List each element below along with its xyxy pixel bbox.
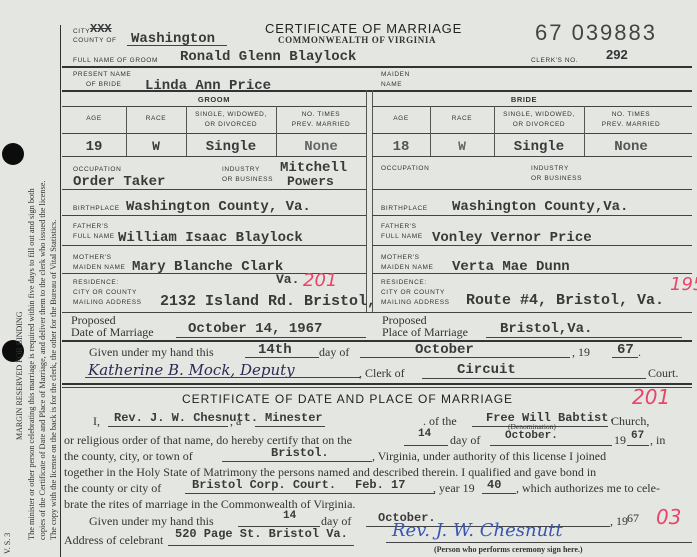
bride-birthplace: Washington County,Va. <box>452 199 628 215</box>
marriage-year-prefix: 19 <box>614 433 626 448</box>
court-label: Court. <box>648 366 678 381</box>
celebrate-text: , which authorizes me to cele- <box>516 481 660 496</box>
certificate-title: Certificate of Marriage <box>265 21 462 36</box>
bride-name-label-1: Present Name <box>73 70 131 79</box>
officiant-title: Minester <box>265 411 323 425</box>
of-the-label: . of the <box>423 414 457 429</box>
town-text: the county, city, or town of <box>64 449 193 464</box>
i-label: I, <box>93 414 100 429</box>
maiden-name-label-1: Maiden <box>381 70 410 79</box>
groom-industry-line-2: Powers <box>287 174 334 189</box>
bride-residence-label-1: Residence: <box>381 278 427 287</box>
margin-instruction-3: The copy with the license on the back is… <box>49 220 58 540</box>
groom-occupation-label: Occupation <box>73 165 121 174</box>
celebrant-day: 14 <box>283 510 296 522</box>
bride-status-header-2: or Divorced <box>494 120 584 129</box>
groom-heading: GROOM <box>62 95 366 104</box>
marriage-town: Bristol. <box>271 446 329 460</box>
celebrant-year-prefix: , 19 <box>610 514 628 529</box>
proposed-date-label-2: Date of Marriage <box>71 325 154 340</box>
bride-status-header-1: Single, Widowed, <box>494 110 584 119</box>
groom-status-header-2: or Divorced <box>186 120 276 129</box>
proposed-date: October 14, 1967 <box>188 321 322 337</box>
bride-father-label-1: Father's <box>381 222 417 231</box>
clerk-of-label: , Clerk of <box>359 366 405 381</box>
bride-race-header: Race <box>430 114 494 123</box>
bride-race: W <box>430 139 494 154</box>
groom-times-header-1: No. Times <box>276 110 366 119</box>
form-code: V. S. 3 <box>3 533 12 554</box>
proposed-place-label-2: Place of Marriage <box>382 325 468 340</box>
authority-text: , Virginia, under authority of this lice… <box>372 449 606 464</box>
license-year: 67 <box>617 342 634 358</box>
certificate-heading: CERTIFICATE OF DATE AND PLACE OF MARRIAG… <box>182 392 513 406</box>
bride-father-label-2: Full Name <box>381 232 423 241</box>
bond-court: Bristol Corp. Court. <box>192 478 336 492</box>
celebrant-address-label: Address of celebrant <box>64 533 163 548</box>
groom-residence-label-2: City or County <box>73 288 137 297</box>
clerks-no-label: Clerk's No. <box>531 56 578 65</box>
certificate-subtitle: COMMONWEALTH OF VIRGINIA <box>278 35 436 45</box>
marriage-year: 67 <box>631 430 644 442</box>
groom-father-label-2: Full Name <box>73 232 115 241</box>
bride-birthplace-label: Birthplace <box>381 204 428 213</box>
bride-residence-label-2: City or County <box>381 288 445 297</box>
city-value: XXX <box>90 22 112 36</box>
groom-race-header: Race <box>126 114 186 123</box>
groom-father-label-1: Father's <box>73 222 109 231</box>
groom-residence-state: Va. <box>276 272 299 287</box>
given-under-hand-label: Given under my hand this <box>89 345 214 360</box>
a-label: , a <box>230 414 241 429</box>
margin-instruction-2: copies of the Certificate of Date and Pl… <box>38 180 47 540</box>
bride-times-header-1: No. Times <box>584 110 678 119</box>
marriage-day: 14 <box>418 428 431 440</box>
margin-border <box>60 25 61 557</box>
groom-industry-label-1: Industry <box>222 165 260 174</box>
bride-age-header: Age <box>372 114 430 123</box>
groom-residence-label-3: Mailing Address <box>73 298 142 307</box>
certificate-code: 201 <box>632 385 670 409</box>
license-month: October <box>415 342 474 358</box>
groom-name-label: Full Name of Groom <box>73 56 158 65</box>
bride-occupation-label: Occupation <box>381 164 429 173</box>
margin-instruction-1: The minister or other person celebrating… <box>27 188 36 540</box>
marriage-day-of-label: day of <box>450 433 480 448</box>
marriage-month: October. <box>505 430 558 442</box>
court-name: Circuit <box>457 362 516 378</box>
license-day: 14th <box>258 342 292 358</box>
proposed-place: Bristol,Va. <box>500 321 592 337</box>
maiden-name-label-2: Name <box>381 80 402 89</box>
certificate-number: 67 039883 <box>535 20 657 46</box>
binding-hole-top <box>2 143 24 165</box>
groom-father-name: William Isaac Blaylock <box>118 230 303 246</box>
groom-residence-code: 201 <box>303 270 337 291</box>
bride-mother-label-2: Maiden Name <box>381 263 433 272</box>
celebrant-year: 67 <box>627 511 639 526</box>
bond-year: 40 <box>487 478 501 492</box>
license-year-suffix: . <box>638 345 641 360</box>
bride-industry-label-2: or Business <box>531 174 582 183</box>
bride-residence-label-3: Mailing Address <box>381 298 450 307</box>
bride-times-header-2: Prev. Married <box>584 120 678 129</box>
license-day-of-label: day of <box>319 345 349 360</box>
groom-marital-status: Single <box>186 139 276 155</box>
groom-race: W <box>126 139 186 154</box>
groom-times-married: None <box>276 139 366 155</box>
city-label: City <box>73 27 90 36</box>
celebrant-signature: Rev. J. W. Chesnutt <box>392 520 563 541</box>
bond-court-text: the county or city of <box>64 481 161 496</box>
bride-father-name: Vonley Vernor Price <box>432 230 592 246</box>
groom-residence-label-1: Residence: <box>73 278 119 287</box>
church-label: Church, <box>611 414 649 429</box>
groom-mother-label-1: Mother's <box>73 253 112 262</box>
bond-date: Feb. 17 <box>355 478 405 492</box>
groom-birthplace: Washington County, Va. <box>126 199 311 215</box>
bride-age: 18 <box>372 139 430 155</box>
clerks-no-value: 292 <box>606 47 628 62</box>
celebrant-address: 520 Page St. Bristol Va. <box>175 527 348 541</box>
groom-status-header-1: Single, Widowed, <box>186 110 276 119</box>
groom-mother-label-2: Maiden Name <box>73 263 125 272</box>
county-label: County of <box>73 36 117 45</box>
groom-occupation: Order Taker <box>73 174 165 190</box>
bride-residence: Route #4, Bristol, Va. <box>466 292 664 309</box>
groom-times-header-2: Prev. Married <box>276 120 366 129</box>
celebrant-code: 03 <box>656 505 681 529</box>
in-label: , in <box>650 433 665 448</box>
groom-residence: 2132 Island Rd. Bristol, <box>160 293 376 310</box>
groom-age: 19 <box>62 139 126 155</box>
bride-industry-label-1: Industry <box>531 164 569 173</box>
bond-year-label: , year 19 <box>433 481 475 496</box>
groom-age-header: Age <box>62 114 126 123</box>
bride-residence-code: 195 <box>670 274 697 295</box>
groom-birthplace-label: Birthplace <box>73 204 120 213</box>
bride-marital-status: Single <box>494 139 584 155</box>
groom-full-name: Ronald Glenn Blaylock <box>180 49 356 65</box>
margin-reserved-label: MARGIN RESERVED FOR BINDING <box>15 312 24 440</box>
license-year-prefix: , 19 <box>572 345 590 360</box>
bride-mother-label-1: Mother's <box>381 253 420 262</box>
rites-text: brate the rites of marriage in the Commo… <box>64 497 355 512</box>
groom-industry-label-2: or Business <box>222 175 273 184</box>
bride-name-label-2: of Bride <box>86 80 122 89</box>
sign-here-note: (Person who performs ceremony sign here.… <box>434 545 583 554</box>
bride-heading: BRIDE <box>372 95 676 104</box>
bride-times-married: None <box>584 139 678 155</box>
